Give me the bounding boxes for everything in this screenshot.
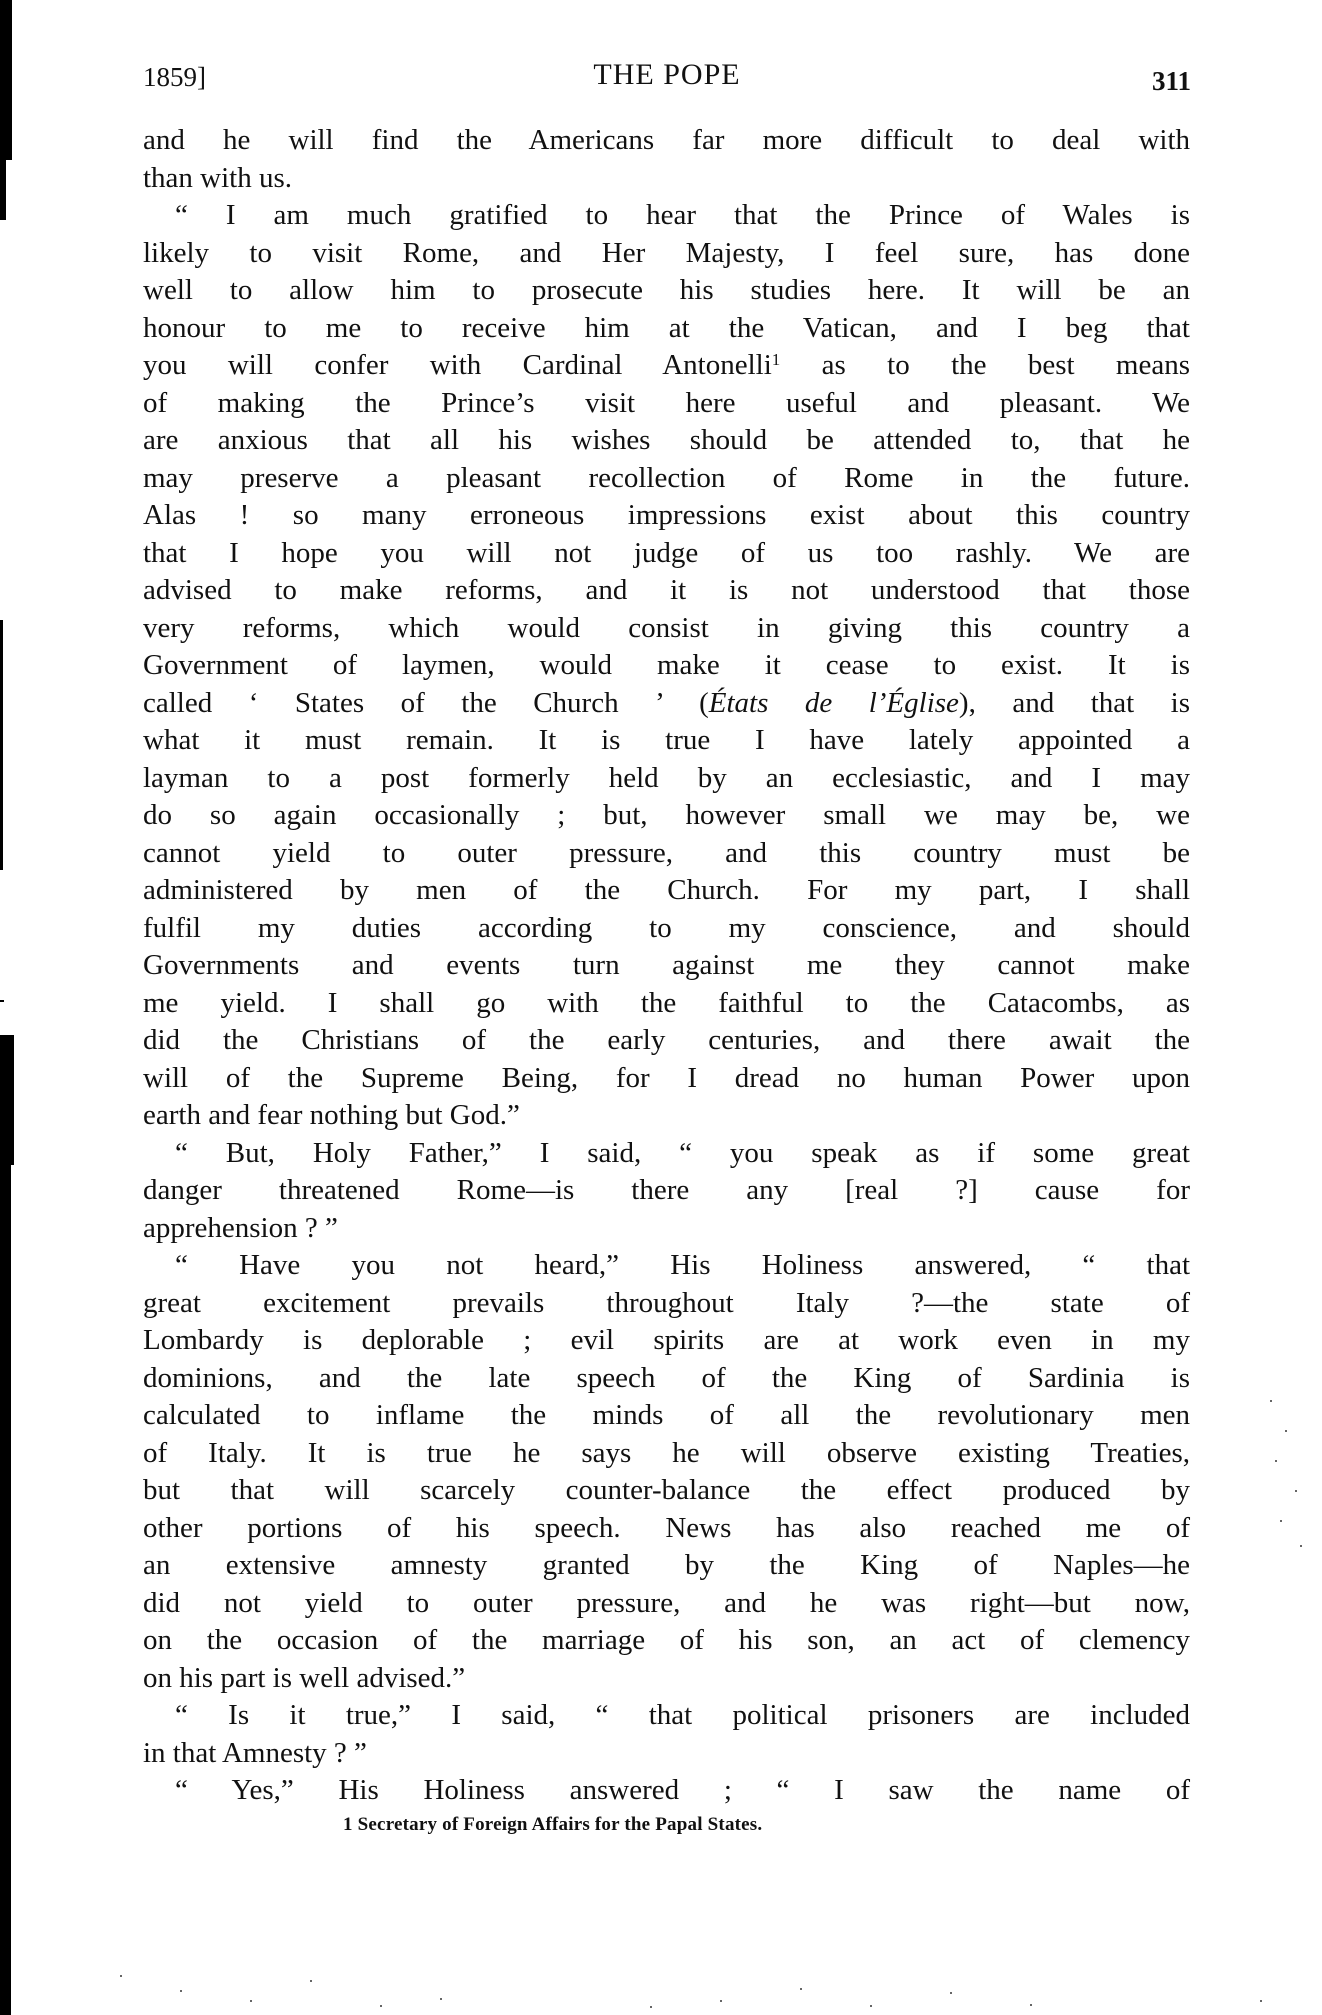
line-text: “ Have you not heard,” His Holiness answ… bbox=[175, 1249, 1190, 1281]
text-line: of making the Prince’s visit here useful… bbox=[143, 385, 1190, 423]
text-line: Governments and events turn against me t… bbox=[143, 947, 1190, 985]
footnote-marker: 1 bbox=[343, 1814, 353, 1835]
text-line: “ But, Holy Father,” I said, “ you speak… bbox=[143, 1135, 1190, 1173]
line-text: did not yield to outer pressure, and he … bbox=[143, 1587, 1190, 1619]
scan-edge-shadow bbox=[0, 0, 14, 2015]
line-text: Lombardy is deplorable ; evil spirits ar… bbox=[143, 1324, 1190, 1356]
line-text: an extensive amnesty granted by the King… bbox=[143, 1549, 1190, 1581]
text-line: you will confer with Cardinal Antonelli1… bbox=[143, 347, 1190, 385]
text-line: Government of laymen, would make it ceas… bbox=[143, 647, 1190, 685]
text-line: “ Is it true,” I said, “ that political … bbox=[143, 1697, 1190, 1735]
line-text: administered by men of the Church. For m… bbox=[143, 874, 1190, 906]
line-text: of Italy. It is true he says he will obs… bbox=[143, 1437, 1190, 1469]
line-text: apprehension ? ” bbox=[143, 1212, 338, 1244]
line-text: fulfil my duties according to my conscie… bbox=[143, 912, 1190, 944]
line-text: “ Yes,” His Holiness answered ; “ I saw … bbox=[175, 1774, 1190, 1806]
text-line: an extensive amnesty granted by the King… bbox=[143, 1547, 1190, 1585]
text-line: that I hope you will not judge of us too… bbox=[143, 535, 1190, 573]
text-line: and he will find the Americans far more … bbox=[143, 122, 1190, 160]
line-text: and he will find the Americans far more … bbox=[143, 124, 1190, 156]
text-line: are anxious that all his wishes should b… bbox=[143, 422, 1190, 460]
text-line: Lombardy is deplorable ; evil spirits ar… bbox=[143, 1322, 1190, 1360]
line-text-continued: as to the best means bbox=[780, 349, 1190, 381]
text-line: very reforms, which would consist in giv… bbox=[143, 610, 1190, 648]
line-text: are anxious that all his wishes should b… bbox=[143, 424, 1190, 456]
line-text: of making the Prince’s visit here useful… bbox=[143, 387, 1190, 419]
scan-noise-bottom bbox=[0, 1880, 1322, 2015]
body-text: and he will find the Americans far more … bbox=[143, 122, 1190, 1810]
line-text: great excitement prevails throughout Ita… bbox=[143, 1287, 1190, 1319]
text-line: likely to visit Rome, and Her Majesty, I… bbox=[143, 235, 1190, 273]
text-line: other portions of his speech. News has a… bbox=[143, 1510, 1190, 1548]
text-line: called ‘ States of the Church ’ (États d… bbox=[143, 685, 1190, 723]
line-text: honour to me to receive him at the Vatic… bbox=[143, 312, 1190, 344]
text-line: of Italy. It is true he says he will obs… bbox=[143, 1435, 1190, 1473]
text-line: Alas ! so many erroneous impressions exi… bbox=[143, 497, 1190, 535]
text-line: what it must remain. It is true I have l… bbox=[143, 722, 1190, 760]
text-line: dominions, and the late speech of the Ki… bbox=[143, 1360, 1190, 1398]
line-text: dominions, and the late speech of the Ki… bbox=[143, 1362, 1190, 1394]
line-text: may preserve a pleasant recollection of … bbox=[143, 462, 1190, 494]
text-line: “ I am much gratified to hear that the P… bbox=[143, 197, 1190, 235]
text-line: calculated to inflame the minds of all t… bbox=[143, 1397, 1190, 1435]
line-text: calculated to inflame the minds of all t… bbox=[143, 1399, 1190, 1431]
line-text: layman to a post formerly held by an ecc… bbox=[143, 762, 1190, 794]
text-line: honour to me to receive him at the Vatic… bbox=[143, 310, 1190, 348]
line-text: Alas ! so many erroneous impressions exi… bbox=[143, 499, 1190, 531]
text-line: “ Yes,” His Holiness answered ; “ I saw … bbox=[143, 1772, 1190, 1810]
page-number: 311 bbox=[1152, 66, 1191, 97]
text-line: did not yield to outer pressure, and he … bbox=[143, 1585, 1190, 1623]
text-line: than with us. bbox=[143, 160, 1190, 198]
line-text: that I hope you will not judge of us too… bbox=[143, 537, 1190, 569]
footnote: 1 Secretary of Foreign Affairs for the P… bbox=[343, 1814, 762, 1836]
text-line: cannot yield to outer pressure, and this… bbox=[143, 835, 1190, 873]
line-text: very reforms, which would consist in giv… bbox=[143, 612, 1190, 644]
scan-noise-right bbox=[1265, 1380, 1322, 1580]
line-text: other portions of his speech. News has a… bbox=[143, 1512, 1190, 1544]
line-text: “ I am much gratified to hear that the P… bbox=[175, 199, 1190, 231]
line-text: in that Amnesty ? ” bbox=[143, 1737, 367, 1769]
text-line: well to allow him to prosecute his studi… bbox=[143, 272, 1190, 310]
italic-phrase: États de l’Église bbox=[709, 687, 959, 719]
header-title: THE POPE bbox=[143, 58, 1191, 92]
text-line: advised to make reforms, and it is not u… bbox=[143, 572, 1190, 610]
text-line: do so again occasionally ; but, however … bbox=[143, 797, 1190, 835]
line-text: Governments and events turn against me t… bbox=[143, 949, 1190, 981]
line-text: me yield. I shall go with the faithful t… bbox=[143, 987, 1190, 1019]
text-line: on his part is well advised.” bbox=[143, 1660, 1190, 1698]
line-text: you will confer with Cardinal Antonelli bbox=[143, 349, 772, 381]
line-text: on the occasion of the marriage of his s… bbox=[143, 1624, 1190, 1656]
text-line: great excitement prevails throughout Ita… bbox=[143, 1285, 1190, 1323]
text-line: apprehension ? ” bbox=[143, 1210, 1190, 1248]
line-text: called ‘ States of the Church ’ ( bbox=[143, 687, 709, 719]
text-line: layman to a post formerly held by an ecc… bbox=[143, 760, 1190, 798]
running-header: 1859] THE POPE 311 bbox=[143, 56, 1191, 96]
footnote-text: Secretary of Foreign Affairs for the Pap… bbox=[358, 1814, 763, 1835]
line-text: but that will scarcely counter-balance t… bbox=[143, 1474, 1190, 1506]
line-text: cannot yield to outer pressure, and this… bbox=[143, 837, 1190, 869]
text-line: administered by men of the Church. For m… bbox=[143, 872, 1190, 910]
line-text: what it must remain. It is true I have l… bbox=[143, 724, 1190, 756]
line-text: danger threatened Rome—is there any [rea… bbox=[143, 1174, 1190, 1206]
text-line: danger threatened Rome—is there any [rea… bbox=[143, 1172, 1190, 1210]
line-text: on his part is well advised.” bbox=[143, 1662, 465, 1694]
line-text: “ Is it true,” I said, “ that political … bbox=[175, 1699, 1190, 1731]
text-line: in that Amnesty ? ” bbox=[143, 1735, 1190, 1773]
line-text: did the Christians of the early centurie… bbox=[143, 1024, 1190, 1056]
line-text: do so again occasionally ; but, however … bbox=[143, 799, 1190, 831]
line-text: will of the Supreme Being, for I dread n… bbox=[143, 1062, 1190, 1094]
text-line: fulfil my duties according to my conscie… bbox=[143, 910, 1190, 948]
line-text: likely to visit Rome, and Her Majesty, I… bbox=[143, 237, 1190, 269]
line-text: well to allow him to prosecute his studi… bbox=[143, 274, 1190, 306]
line-text: earth and fear nothing but God.” bbox=[143, 1099, 520, 1131]
text-line: earth and fear nothing but God.” bbox=[143, 1097, 1190, 1135]
line-text: Government of laymen, would make it ceas… bbox=[143, 649, 1190, 681]
text-line: will of the Supreme Being, for I dread n… bbox=[143, 1060, 1190, 1098]
text-line: on the occasion of the marriage of his s… bbox=[143, 1622, 1190, 1660]
text-line: did the Christians of the early centurie… bbox=[143, 1022, 1190, 1060]
text-line: but that will scarcely counter-balance t… bbox=[143, 1472, 1190, 1510]
text-line: may preserve a pleasant recollection of … bbox=[143, 460, 1190, 498]
text-line: me yield. I shall go with the faithful t… bbox=[143, 985, 1190, 1023]
text-line: “ Have you not heard,” His Holiness answ… bbox=[143, 1247, 1190, 1285]
line-text-continued: ), and that is bbox=[959, 687, 1190, 719]
line-text: advised to make reforms, and it is not u… bbox=[143, 574, 1190, 606]
line-text: “ But, Holy Father,” I said, “ you speak… bbox=[175, 1137, 1190, 1169]
line-text: than with us. bbox=[143, 162, 292, 194]
